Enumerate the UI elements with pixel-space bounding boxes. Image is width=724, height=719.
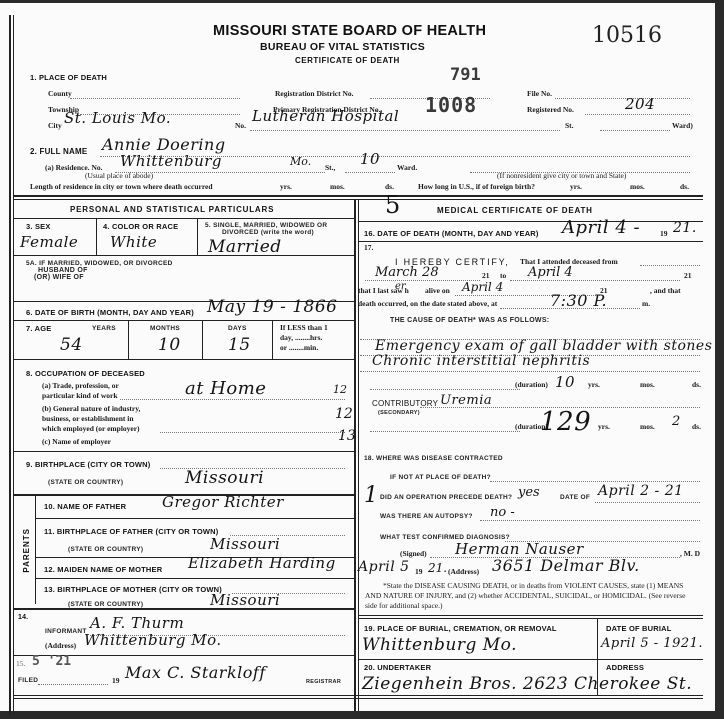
signed-date-value: April 5 [358, 559, 410, 575]
cause-of-death-line-1: Emergency exam of gall bladder with ston… [375, 338, 712, 354]
residence-mos-label: mos. [330, 182, 345, 192]
and-that-text: , and that [650, 286, 681, 296]
sex-value: Female [20, 233, 78, 251]
race-value: White [110, 233, 157, 251]
birthplace-state-label: (STATE OR COUNTRY) [48, 479, 123, 486]
occupation-c-label: (c) Name of employer [42, 437, 111, 447]
operation-value: yes [518, 485, 540, 500]
parents-side-label: PARENTS [22, 528, 31, 573]
filed-number: 15. [16, 659, 25, 669]
contributory-yrs-label: yrs. [598, 422, 610, 432]
not-place-of-death-label: IF NOT AT PLACE OF DEATH? [390, 474, 491, 481]
date-of-death-year: 21. [673, 220, 697, 236]
bureau-title: BUREAU OF VITAL STATISTICS [260, 41, 425, 53]
physician-address-value: 3651 Delmar Blv. [492, 556, 640, 575]
margin-code-2: 12 [335, 406, 353, 422]
ward-value: 10 [360, 150, 380, 168]
city-label: City [48, 121, 62, 130]
birthplace-label: 9. BIRTHPLACE (CITY OR TOWN) [26, 460, 151, 469]
alive-on-label: alive on [425, 286, 450, 296]
burial-place-label: 19. PLACE OF BURIAL, CREMATION, OR REMOV… [364, 624, 557, 633]
husband-of-label: HUSBAND OF [38, 267, 88, 274]
signed-year-value: 21. [428, 561, 447, 575]
date-of-birth-value: May 19 - 1866 [207, 297, 338, 317]
residence-street-label: St., [325, 163, 335, 172]
left-border-inner [13, 15, 14, 715]
certify-number: 17. [364, 243, 373, 253]
operation-label: DID AN OPERATION PRECEDE DEATH? [380, 494, 512, 501]
age-days-value: 15 [228, 335, 251, 355]
age-months-label: MONTHS [150, 325, 180, 332]
contributory-ds-label: ds. [692, 422, 701, 432]
us-ds-label: ds. [680, 182, 689, 192]
alive-on-value: April 4 [462, 280, 503, 294]
undertaker-value: Ziegenhein Bros. 2623 Cherokee St. [362, 674, 692, 694]
race-label: 4. COLOR OR RACE [103, 222, 178, 231]
street-no-label: No. [235, 121, 246, 130]
signed-label: (Signed) [400, 549, 427, 559]
attended-to-year: 21 [684, 271, 692, 281]
dod-year-prefix: 19 [660, 229, 668, 239]
margin-code-1: 12 [333, 383, 347, 396]
death-occurred-label: death occurred, on the date stated above… [358, 299, 497, 309]
signed-year-prefix: 19 [415, 567, 423, 577]
date-of-death-label: 16. DATE OF DEATH (MONTH, DAY AND YEAR) [364, 229, 539, 238]
occupation-b-sublabel: business, or establishment in [42, 414, 134, 424]
cause-of-death-label: THE CAUSE OF DEATH* WAS AS FOLLOWS: [390, 317, 549, 324]
file-no-label: File No. [527, 89, 552, 98]
occupation-a-label: (a) Trade, profession, or [42, 381, 119, 391]
place-of-death-location: Lutheran Hospital [252, 107, 399, 125]
father-birthplace-value: Missouri [210, 535, 280, 553]
left-border [9, 15, 11, 715]
form-title: MISSOURI STATE BOARD OF HEALTH [213, 23, 486, 39]
cause-duration-years: 10 [555, 373, 575, 391]
age-months-value: 10 [158, 335, 181, 355]
less-than-day-hours: day, ........hrs. [280, 333, 322, 343]
spouse-label: 5A. IF MARRIED, WIDOWED, OR DIVORCED [26, 260, 173, 267]
occupation-value: at Home [185, 378, 266, 399]
contributory-duration-days: 2 [672, 414, 681, 429]
marital-status-label: 5. SINGLE, MARRIED, WIDOWED OR [205, 222, 327, 229]
ward-label: Ward) [672, 121, 693, 130]
burial-date-label: DATE OF BURIAL [606, 624, 672, 633]
filed-stamp: 5 '21 [32, 654, 71, 669]
mother-maiden-name-value: Elizabeth Harding [188, 554, 336, 572]
where-contracted-label: 18. WHERE WAS DISEASE CONTRACTED [364, 455, 503, 462]
registrar-label: REGISTRAR [306, 679, 341, 685]
residence-ward-label: Ward. [397, 163, 417, 172]
burial-date-value: April 5 - 1921. [601, 636, 703, 651]
father-state-label: (STATE OR COUNTRY) [68, 546, 143, 553]
attended-to-value: April 4 [528, 265, 573, 280]
death-certificate-page: MISSOURI STATE BOARD OF HEALTH BUREAU OF… [0, 3, 715, 711]
father-name-label: 10. NAME OF FATHER [44, 502, 126, 511]
usual-abode-note: (Usual place of abode) [85, 171, 153, 181]
operation-date-value: April 2 - 21 [598, 483, 684, 499]
informant-address-value: Whittenburg Mo. [84, 631, 222, 649]
operation-mark: 1 [364, 483, 379, 508]
undertaker-address-label: ADDRESS [606, 663, 644, 672]
full-name-label: 2. FULL NAME [30, 147, 87, 156]
cause-footnote: *State the DISEASE CAUSING DEATH, or in … [365, 581, 697, 611]
informant-number: 14. [18, 614, 28, 621]
age-label: 7. AGE [26, 324, 52, 333]
residence-yrs-label: yrs. [280, 182, 292, 192]
cause-of-death-line-2: Chronic interstitial nephritis [372, 353, 590, 369]
md-label: , M. D [680, 549, 700, 559]
father-name-value: Gregor Richter [162, 493, 284, 511]
mother-birthplace-label: 13. BIRTHPLACE OF MOTHER (CITY OR TOWN) [44, 585, 222, 594]
certificate-number: 10516 [592, 23, 662, 48]
county-label: County [48, 89, 72, 98]
burial-place-value: Whittenburg Mo. [362, 635, 517, 655]
father-birthplace-label: 11. BIRTHPLACE OF FATHER (CITY OR TOWN) [44, 527, 218, 536]
informant-address-label: (Address) [45, 641, 76, 651]
medical-section-title: MEDICAL CERTIFICATE OF DEATH [437, 206, 593, 215]
attended-from-value: March 28 [375, 265, 439, 280]
registrar-signature: Max C. Starkloff [125, 663, 266, 682]
medical-section-number: 5 [385, 191, 401, 219]
place-of-death-label: 1. PLACE OF DEATH [30, 73, 107, 82]
less-than-day-minutes: or ........min. [280, 343, 318, 353]
occupation-a-sublabel: particular kind of work [42, 391, 118, 401]
autopsy-label: WAS THERE AN AUTOPSY? [380, 513, 473, 520]
occupation-label: 8. OCCUPATION OF DECEASED [26, 369, 145, 378]
residence-state: Mo. [290, 155, 311, 168]
registration-district-stamp: 791 [450, 65, 481, 85]
age-years-label: YEARS [92, 325, 116, 332]
mother-birthplace-value: Missouri [210, 591, 280, 609]
less-than-day-label: If LESS than 1 [280, 323, 328, 333]
cause-duration-mos-label: mos. [640, 380, 655, 390]
marital-status-value: Married [208, 237, 282, 257]
sex-label: 3. SEX [26, 222, 51, 231]
registration-district-label: Registration District No. [275, 89, 354, 98]
mother-state-label: (STATE OR COUNTRY) [68, 601, 143, 608]
street-label: St. [565, 121, 574, 130]
operation-date-label: DATE OF [560, 494, 590, 501]
undertaker-label: 20. UNDERTAKER [364, 663, 431, 672]
autopsy-value: no - [490, 505, 515, 520]
cause-duration-yrs-label: yrs. [588, 380, 600, 390]
personal-section-title: PERSONAL AND STATISTICAL PARTICULARS [70, 205, 274, 214]
birthplace-value: Missouri [185, 468, 264, 488]
contributory-duration-label: (duration) [515, 422, 548, 432]
occupation-b-employer: which employed (or employer) [42, 424, 140, 434]
cause-duration-ds-label: ds. [692, 380, 701, 390]
registered-no-value: 204 [625, 95, 655, 113]
us-yrs-label: yrs. [570, 182, 582, 192]
marital-status-sublabel: DIVORCED (write the word) [222, 229, 314, 236]
secondary-label: (SECONDARY) [378, 410, 420, 416]
registered-no-label: Registered No. [527, 105, 574, 114]
wife-of-label: (OR) WIFE OF [34, 274, 84, 281]
occupation-b-label: (b) General nature of industry, [42, 404, 140, 414]
date-of-birth-label: 6. DATE OF BIRTH (MONTH, DAY AND YEAR) [26, 308, 194, 317]
date-of-death-value: April 4 - [562, 217, 640, 238]
cause-duration-label: (duration) [515, 380, 548, 390]
margin-code-3: 13 [338, 428, 356, 444]
contributory-mos-label: mos. [640, 422, 655, 432]
nonresident-note: (If nonresident give city or town and St… [497, 171, 626, 181]
column-divider [354, 199, 356, 711]
certificate-title: CERTIFICATE OF DEATH [295, 56, 400, 65]
contributory-value: Uremia [440, 393, 492, 408]
primary-registration-stamp: 1008 [425, 93, 477, 117]
time-meridiem-label: m. [642, 299, 650, 309]
informant-value: A. F. Thurm [90, 614, 184, 632]
foreign-birth-label: How long in U.S., if of foreign birth? [418, 182, 535, 192]
filed-label: FILED [18, 677, 38, 684]
city-value: St. Louis Mo. [64, 109, 171, 127]
length-of-residence-label: Length of residence in city or town wher… [30, 182, 213, 192]
mother-maiden-name-label: 12. MAIDEN NAME OF MOTHER [44, 565, 162, 574]
informant-label: INFORMANT [45, 628, 87, 635]
residence-value: Whittenburg [120, 152, 222, 170]
us-mos-label: mos. [630, 182, 645, 192]
age-years-value: 54 [60, 335, 83, 355]
last-saw-pronoun: er [395, 281, 406, 292]
physician-address-label: (Address) [448, 567, 479, 577]
age-days-label: DAYS [228, 325, 247, 332]
filed-year-prefix: 19 [112, 676, 120, 686]
